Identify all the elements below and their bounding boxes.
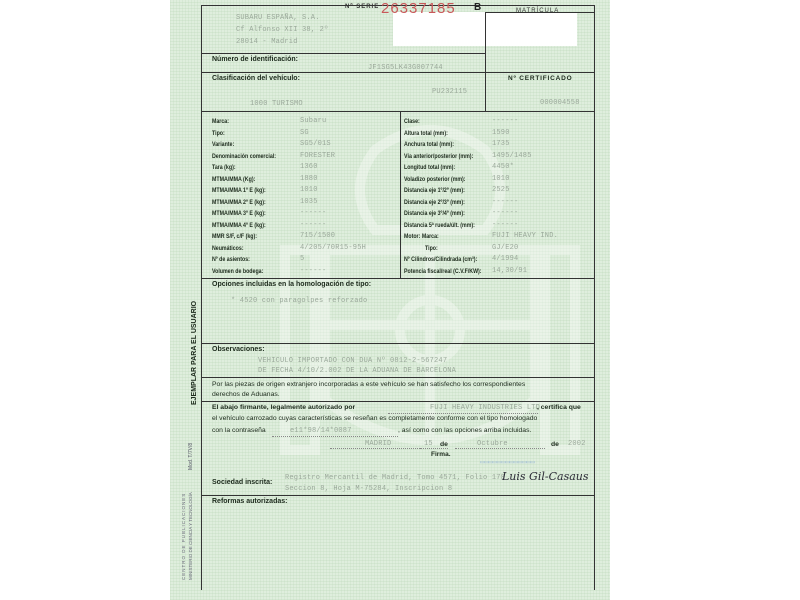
city-dotted-line [330, 448, 420, 449]
issuer-line-2: Cf Alfonso XII 38, 2º [236, 26, 328, 34]
classification-value: 1000 TURISMO [250, 100, 303, 108]
divider [201, 278, 595, 279]
contrasena-suffix: , así como con las opciones arriba inclu… [398, 427, 531, 434]
company-stamp: ▭▭▭▭▭▭▭▭▭▭▭▭▭ [480, 458, 535, 467]
divider [594, 495, 595, 590]
authority-dotted-line [388, 413, 538, 414]
field-value: ------ [492, 221, 518, 229]
firma-label: Firma. [431, 451, 451, 458]
field-value: Subaru [300, 117, 326, 125]
field-label: Tipo: [212, 130, 225, 137]
contrasena-dotted-line [272, 436, 398, 437]
cert-month: Octubre [477, 440, 508, 448]
field-label: Tara (kg): [212, 164, 236, 171]
field-value: 14,30/91 [492, 267, 527, 275]
field-label: MTMA/MMA (Kg): [212, 176, 255, 183]
contrasena-value: e11*98/14*0087 [290, 427, 352, 435]
divider [485, 12, 595, 13]
field-label: Distancia eje 3º/4º (mm): [404, 210, 465, 217]
field-value: ------ [300, 267, 326, 275]
field-value: SG [300, 129, 309, 137]
publisher-side-label-1: CENTRO DE PUBLICACIONES [181, 493, 186, 580]
sociedad-line-1: Registro Mercantil de Madrid, Tomo 4571,… [285, 474, 505, 482]
field-label: Distancia eje 2º/3º (mm): [404, 199, 465, 206]
cert-year: 2002 [568, 440, 586, 448]
field-value: 715/1500 [300, 232, 335, 240]
publisher-side-label-2: MINISTERIO DE CIENCIA Y TECNOLOGÍA [188, 492, 193, 580]
classification-code: PU232115 [432, 88, 467, 96]
cert-city: MADRID [365, 440, 391, 448]
options-value: * 4520 con paragolpes reforzado [231, 297, 367, 305]
field-value: 1010 [492, 175, 510, 183]
field-value: 1590 [492, 129, 510, 137]
issuer-line-1: SUBARU ESPAÑA, S.A. [236, 14, 320, 22]
field-label: Volumen de bodega: [212, 268, 263, 275]
serie-letter: B [474, 2, 481, 13]
signature: Luis Gil-Casaus [502, 470, 589, 483]
field-label: MTMA/MMA 2º E (kg): [212, 199, 266, 206]
certification-prefix: El abajo firmante, legalmente autorizado… [212, 404, 355, 411]
divider [201, 53, 485, 54]
observaciones-label: Observaciones: [212, 346, 265, 353]
field-value: 2525 [492, 186, 510, 194]
certification-suffix: , certifica que [537, 404, 581, 411]
customs-line-2: derechos de Aduanas. [212, 391, 280, 398]
field-label: Anchura total (mm): [404, 141, 454, 148]
certification-line-2: el vehículo carrozado cuyas característi… [212, 415, 537, 422]
field-label: Altura total (mm): [404, 130, 448, 137]
divider [485, 12, 486, 112]
identification-value: JF1SG5LK43G007744 [368, 64, 443, 72]
field-label: Distancia eje 1º/2º (mm): [404, 187, 465, 194]
field-label: MTMA/MMA 1º E (kg): [212, 187, 266, 194]
cert-de-2: de [551, 441, 559, 448]
field-label: Variante: [212, 141, 234, 148]
field-label: MTMA/MMA 3º E (kg): [212, 210, 266, 217]
field-value: 1495/1485 [492, 152, 532, 160]
field-value: 5 [300, 255, 304, 263]
field-label: Vía anterior/posterior (mm): [404, 153, 473, 160]
identification-label: Número de identificación: [212, 56, 298, 63]
field-label: Longitud total (mm): [404, 164, 455, 171]
field-value: 1010 [300, 186, 318, 194]
divider [201, 72, 595, 73]
field-value: 1880 [300, 175, 318, 183]
field-label: Neumáticos: [212, 245, 244, 252]
divider [201, 111, 595, 112]
certificado-label: Nº CERTIFICADO [508, 75, 573, 82]
field-value: ------ [492, 117, 518, 125]
field-label: Marca: [212, 118, 229, 125]
field-label: Voladizo posterior (mm): [404, 176, 466, 183]
divider [201, 401, 595, 402]
issuer-line-3: 28014 - Madrid [236, 38, 298, 46]
divider [400, 111, 401, 278]
field-label: Motor: Marca: [404, 233, 439, 240]
serie-label: Nº SERIE [345, 4, 379, 10]
field-value: 4/1994 [492, 255, 518, 263]
field-value: 4/205/70R15-95H [300, 244, 366, 252]
ejemplar-side-label: EJEMPLAR PARA EL USUARIO [191, 301, 198, 405]
field-value: ------ [492, 198, 518, 206]
options-label: Opciones incluidas en la homologación de… [212, 281, 371, 288]
certificado-value: 000004558 [540, 99, 580, 107]
customs-line-1: Por las piezas de origen extranjero inco… [212, 381, 525, 388]
field-label: Tipo: [425, 245, 438, 252]
contrasena-prefix: con la contraseña [212, 427, 266, 434]
day-dotted-line [420, 448, 448, 449]
field-label: Distancia 5ª rueda/últ. (mm): [404, 222, 475, 229]
month-dotted-line [455, 448, 545, 449]
sociedad-line-2: Seccion 8, Hoja M-75284, Inscripcion 8 [285, 485, 452, 493]
field-label: Denominación comercial: [212, 153, 276, 160]
reformas-label: Reformas autorizadas: [212, 498, 287, 505]
field-label: Nº de asientos: [212, 256, 250, 263]
model-side-label: Mod. T/7V/8 [188, 443, 194, 470]
cert-day: 15 [424, 440, 433, 448]
field-label: MMR S/F, c/F (kg): [212, 233, 257, 240]
field-value: GJ/E20 [492, 244, 518, 252]
field-label: Nº Cilindros/Cilindrada (cm³): [404, 256, 477, 263]
divider [201, 377, 595, 378]
field-label: Potencia fiscal/real (C.V.F/KW): [404, 268, 482, 275]
divider [201, 495, 595, 496]
field-value: FORESTER [300, 152, 335, 160]
cert-de-1: de [440, 441, 448, 448]
field-label: Clase: [404, 118, 420, 125]
sociedad-label: Sociedad inscrita: [212, 479, 272, 486]
field-value: FUJI HEAVY IND. [492, 232, 558, 240]
field-value: SG5/01S [300, 140, 331, 148]
field-label: MTMA/MMA 4º E (kg): [212, 222, 266, 229]
classification-label: Clasificación del vehículo: [212, 75, 300, 82]
observaciones-line-1: VEHICULO IMPORTADO CON DUA Nº 0812-2-567… [258, 357, 447, 365]
field-value: ------ [300, 221, 326, 229]
field-value: 4450* [492, 163, 514, 171]
field-value: 1735 [492, 140, 510, 148]
observaciones-line-2: DE FECHA 4/10/2.002 DE LA ADUANA DE BARC… [258, 367, 456, 375]
certification-authority: FUJI HEAVY INDUSTRIES LTD [430, 404, 540, 412]
matricula-label: MATRÍCULA [516, 8, 559, 14]
serie-number: 26337185 [381, 0, 456, 17]
field-value: ------ [300, 209, 326, 217]
divider [201, 343, 595, 344]
field-value: 1035 [300, 198, 318, 206]
field-value: 1360 [300, 163, 318, 171]
field-value: ------ [492, 209, 518, 217]
